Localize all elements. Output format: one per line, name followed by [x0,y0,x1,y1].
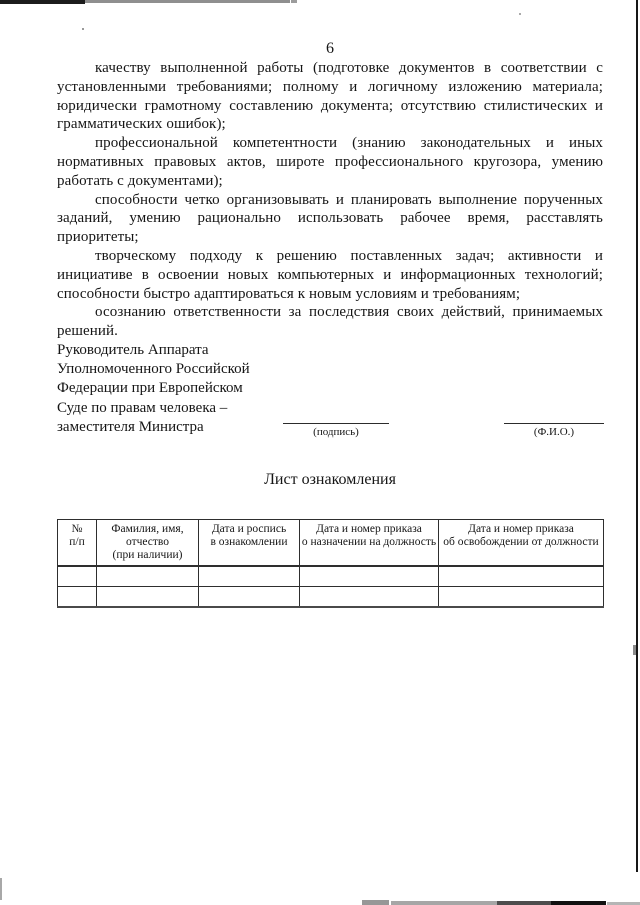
name-label: (Ф.И.О.) [504,426,604,439]
signature-line [283,423,389,424]
table-row [58,587,604,608]
paragraph-quality: качеству выполненной работы (подготовке … [57,59,603,134]
scan-speck [82,28,84,30]
scan-artifact-top-bar-gray [85,0,290,3]
header-appointment: Дата и номер приказа о назначении на дол… [300,520,439,567]
paragraph-organization: способности четко организовывать и плани… [57,191,603,247]
page-number: 6 [57,40,603,58]
table-cell [58,587,97,608]
table-cell [300,566,439,587]
paragraph-competence: профессиональной компетентности (знанию … [57,134,603,190]
scan-speck [519,13,521,15]
scan-artifact-bottom-bar-3 [497,901,551,905]
header-full-name: Фамилия, имя, отчество (при наличии) [97,520,199,567]
header-release: Дата и номер приказа об освобождении от … [439,520,604,567]
table-cell [97,566,199,587]
name-field: (Ф.И.О.) [504,423,604,439]
table-cell [97,587,199,608]
scan-artifact-top-bar-dark [0,0,85,4]
paragraph-creativity: творческому подходу к решению поставленн… [57,247,603,303]
scan-artifact-bottom-bar-2 [391,901,497,905]
table-cell [300,587,439,608]
table-cell [439,566,604,587]
acquaintance-table: № п/п Фамилия, имя, отчество (при наличи… [57,519,604,608]
header-number: № п/п [58,520,97,567]
document-page: 6 качеству выполненной работы (подготовк… [0,0,640,905]
body-text: качеству выполненной работы (подготовке … [57,59,603,341]
acquaintance-sheet-title: Лист ознакомления [57,471,603,489]
table-cell [439,587,604,608]
scan-artifact-right-tick [633,645,636,655]
scan-artifact-left-mark [0,878,2,900]
signatory-title: Руководитель Аппарата Уполномоченного Ро… [57,341,307,437]
signature-label: (подпись) [283,426,389,439]
header-date-signed: Дата и роспись в ознакомлении [199,520,300,567]
table-cell [199,566,300,587]
signature-field: (подпись) [283,423,389,439]
paragraph-responsibility: осознанию ответственности за последствия… [57,303,603,341]
table-header-row: № п/п Фамилия, имя, отчество (при наличи… [58,520,604,567]
table-row [58,566,604,587]
scan-artifact-bottom-bar-1 [362,900,389,905]
table-cell [58,566,97,587]
table-cell [199,587,300,608]
scan-artifact-top-bar-tick [291,0,297,3]
name-line [504,423,604,424]
scan-artifact-right-line [636,0,638,872]
scan-artifact-bottom-bar-4 [551,901,606,905]
